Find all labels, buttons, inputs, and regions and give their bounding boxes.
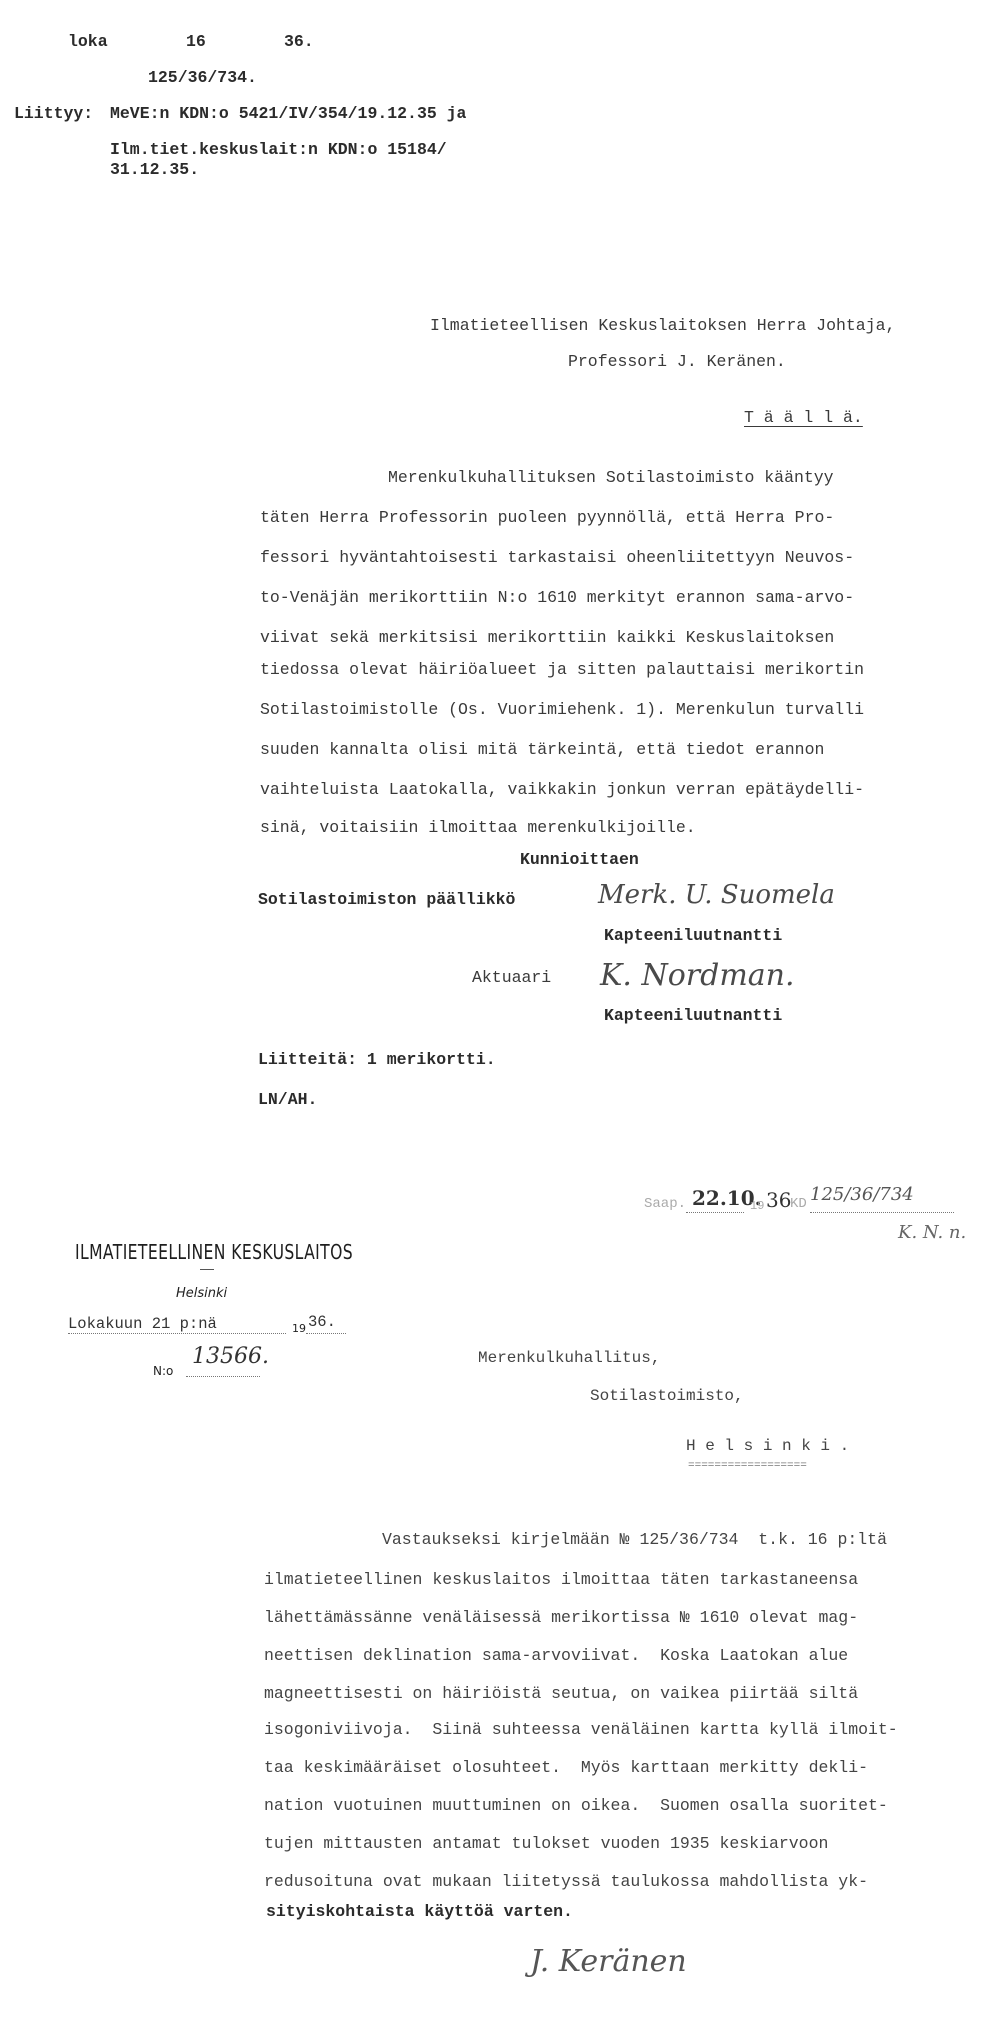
- stamp-received-label: Saap.: [644, 1194, 686, 1214]
- body-line: Sotilastoimistolle (Os. Vuorimiehenk. 1)…: [260, 700, 864, 720]
- body-line: sinä, voitaisiin ilmoittaa merenkulkijoi…: [260, 818, 696, 838]
- number-dotline: [186, 1376, 260, 1377]
- body-line: vaihteluista Laatokalla, vaikkakin jonku…: [260, 780, 864, 800]
- related-line-2: Ilm.tiet.keskuslait:n KDN:o 15184/: [110, 140, 447, 160]
- attachments: Liitteitä: 1 merikortti.: [258, 1050, 496, 1070]
- related-line-1: MeVE:n KDN:o 5421/IV/354/19.12.35 ja: [110, 104, 466, 124]
- stamp-kd-dotline: [810, 1212, 954, 1213]
- recipient-place-underline: ==================: [688, 1460, 807, 1472]
- body-line: sityiskohtaista käyttöä varten.: [266, 1902, 573, 1922]
- body-line: ilmatieteellinen keskuslaitos ilmoittaa …: [264, 1570, 858, 1590]
- related-label: Liittyy:: [14, 104, 93, 124]
- recipient-line-1: Merenkulkuhallitus,: [478, 1348, 660, 1368]
- body-line: Merenkulkuhallituksen Sotilastoimisto kä…: [388, 468, 834, 488]
- date-day: 16: [186, 32, 206, 52]
- number-value: 13566.: [192, 1344, 269, 1369]
- related-line-3: 31.12.35.: [110, 160, 199, 180]
- body-line: täten Herra Professorin puoleen pyynnöll…: [260, 508, 834, 528]
- body-line: magneettisesti on häiriöistä seutua, on …: [264, 1684, 858, 1704]
- date-year-prefix: 19: [292, 1322, 306, 1335]
- recipient-line-2: Professori J. Keränen.: [568, 352, 786, 372]
- body-line: neettisen deklination sama-arvoviivat. K…: [264, 1646, 848, 1666]
- body-line: isogoniviivoja. Siinä suhteessa venäläin…: [264, 1720, 898, 1740]
- reference-number: 125/36/734.: [148, 68, 257, 88]
- body-line: tiedossa olevat häiriöalueet ja sitten p…: [260, 660, 864, 680]
- body-line: lähettämässänne venäläisessä merikortiss…: [264, 1608, 858, 1628]
- signature: J. Keränen: [530, 1944, 687, 1979]
- body-line: suuden kannalta olisi mitä tärkeintä, et…: [260, 740, 824, 760]
- date-year-dotline: [306, 1333, 346, 1334]
- body-line: redusoituna ovat mukaan liitetyssä taulu…: [264, 1872, 868, 1892]
- signer-1-rank: Kapteeniluutnantti: [604, 926, 782, 946]
- signer-1-title: Sotilastoimiston päällikkö: [258, 890, 515, 910]
- number-label: N:o: [153, 1364, 173, 1378]
- letterhead-city: Helsinki: [176, 1286, 227, 1301]
- recipient-line-2: Sotilastoimisto,: [590, 1386, 744, 1406]
- date-dotline: [68, 1333, 286, 1334]
- body-line: to-Venäjän merikorttiin N:o 1610 merkity…: [260, 588, 854, 608]
- stamp-year: 36: [766, 1188, 791, 1212]
- body-line: taa keskimääräiset olosuhteet. Myös kart…: [264, 1758, 868, 1778]
- date-year: 36.: [308, 1312, 336, 1332]
- body-line: viivat sekä merkitsisi merikorttiin kaik…: [260, 628, 834, 648]
- signer-2-signature: K. Nordman.: [600, 958, 795, 993]
- recipient-place: H e l s i n k i .: [686, 1436, 849, 1456]
- date-month: loka: [68, 32, 108, 52]
- body-line: fessori hyväntahtoisesti tarkastaisi ohe…: [260, 548, 854, 568]
- body-line: nation vuotuinen muuttuminen on oikea. S…: [264, 1796, 888, 1816]
- stamp-kd-number: 125/36/734: [810, 1184, 914, 1205]
- stamp-initials: K. N. n.: [898, 1222, 966, 1243]
- body-line: tujen mittausten antamat tulokset vuoden…: [264, 1834, 828, 1854]
- recipient-place: T ä ä l l ä.: [744, 408, 863, 428]
- typist-initials: LN/AH.: [258, 1090, 317, 1110]
- signer-1-signature: Merk. U. Suomela: [598, 880, 835, 910]
- signer-2-rank: Kapteeniluutnantti: [604, 1006, 782, 1026]
- recipient-line-1: Ilmatieteellisen Keskuslaitoksen Herra J…: [430, 316, 895, 336]
- body-line: Vastaukseksi kirjelmään № 125/36/734 t.k…: [382, 1530, 887, 1550]
- stamp-kd-label: KD: [790, 1194, 807, 1214]
- closing: Kunnioittaen: [520, 850, 639, 870]
- date-text: Lokakuun 21 p:nä: [68, 1314, 217, 1334]
- stamp-date-dotline: [686, 1212, 744, 1213]
- stamp-year-prefix: 19: [750, 1196, 764, 1216]
- letterhead-title: ILMATIETEELLINEN KESKUSLAITOS: [75, 1240, 353, 1264]
- date-year: 36.: [284, 32, 314, 52]
- letterhead-divider: [200, 1269, 214, 1270]
- signer-2-title: Aktuaari: [472, 968, 551, 988]
